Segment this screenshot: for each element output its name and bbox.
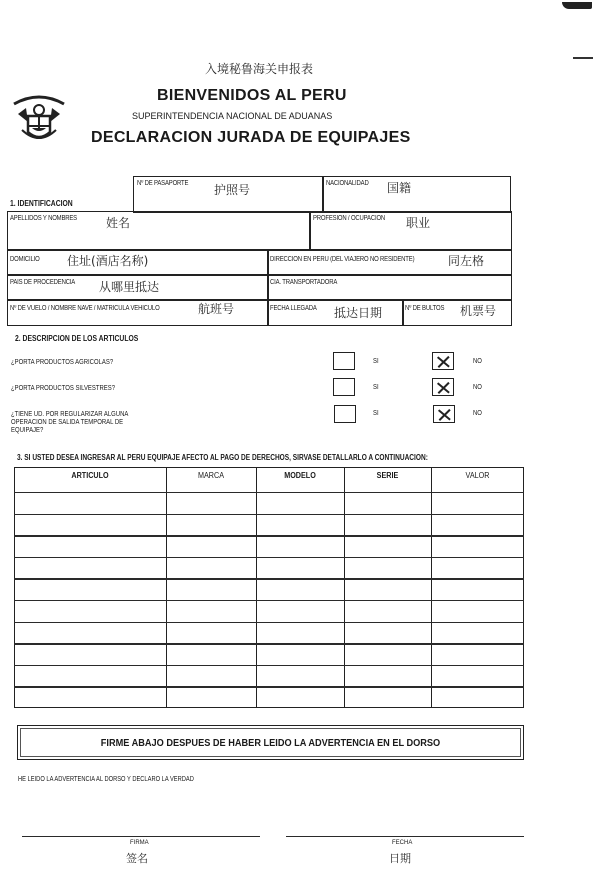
- table-cell[interactable]: [344, 622, 431, 644]
- table-cell[interactable]: [344, 578, 431, 600]
- form-title: DECLARACION JURADA DE EQUIPAJES: [91, 129, 411, 147]
- table-cell[interactable]: [431, 600, 524, 622]
- table-cell[interactable]: [166, 535, 256, 557]
- question-agricultural: ¿PORTA PRODUCTOS AGRICOLAS?: [11, 359, 113, 367]
- table-cell[interactable]: [256, 686, 344, 708]
- col-marca: MARCA: [171, 471, 252, 480]
- firma-hint: 签名: [126, 850, 148, 866]
- si-label: SI: [373, 410, 379, 417]
- question-line: EQUIPAJE?: [11, 427, 128, 435]
- no-label: NO: [473, 384, 482, 391]
- name-label: APELLIDOS Y NOMBRES: [10, 215, 77, 222]
- table-cell[interactable]: [166, 686, 256, 708]
- table-cell[interactable]: [166, 514, 256, 536]
- table-cell[interactable]: [14, 492, 166, 514]
- table-cell[interactable]: [166, 600, 256, 622]
- name-value: 姓名: [106, 214, 130, 231]
- packages-value: 机票号: [460, 302, 496, 319]
- table-cell[interactable]: [166, 578, 256, 600]
- table-cell[interactable]: [256, 578, 344, 600]
- table-cell[interactable]: [256, 600, 344, 622]
- peru-address-field[interactable]: DIRECCION EN PERU (DEL VIAJERO NO RESIDE…: [267, 249, 512, 276]
- table-cell[interactable]: [14, 578, 166, 600]
- question-wildlife: ¿PORTA PRODUCTOS SILVESTRES?: [11, 385, 115, 393]
- warning-banner: FIRME ABAJO DESPUES DE HABER LEIDO LA AD…: [17, 725, 524, 760]
- table-cell[interactable]: [14, 622, 166, 644]
- nationality-value: 国籍: [387, 179, 411, 196]
- table-cell[interactable]: [431, 492, 524, 514]
- table-cell[interactable]: [431, 622, 524, 644]
- address-label: DOMICILIO: [10, 256, 40, 263]
- address-field[interactable]: DOMICILIO 住址(酒店名称): [7, 249, 269, 276]
- agricultural-no-checkbox[interactable]: [432, 352, 454, 370]
- table-cell[interactable]: [256, 622, 344, 644]
- col-valor: VALOR: [436, 471, 520, 480]
- temporary-exit-no-checkbox[interactable]: [433, 405, 455, 423]
- question-temporary-exit: ¿TIENE UD. POR REGULARIZAR ALGUNA OPERAC…: [11, 411, 128, 435]
- table-cell[interactable]: [166, 492, 256, 514]
- table-cell[interactable]: [14, 665, 166, 687]
- fecha-label: FECHA: [392, 840, 412, 846]
- table-cell[interactable]: [256, 535, 344, 557]
- table-cell[interactable]: [344, 557, 431, 579]
- table-cell[interactable]: [166, 622, 256, 644]
- warning-text: FIRME ABAJO DESPUES DE HABER LEIDO LA AD…: [38, 738, 503, 749]
- nationality-field[interactable]: NACIONALIDAD 国籍: [322, 176, 511, 213]
- table-cell[interactable]: [14, 686, 166, 708]
- table-cell[interactable]: [431, 557, 524, 579]
- table-cell[interactable]: [14, 600, 166, 622]
- flight-number-field[interactable]: Nº DE VUELO / NOMBRE NAVE / MATRICULA VE…: [7, 299, 269, 326]
- table-cell[interactable]: [431, 643, 524, 665]
- col-articulo: ARTICULO: [22, 471, 159, 480]
- origin-country-value: 从哪里抵达: [99, 278, 159, 295]
- passport-field[interactable]: Nº DE PASAPORTE 护照号: [133, 176, 324, 213]
- table-cell[interactable]: [14, 557, 166, 579]
- table-cell[interactable]: [344, 492, 431, 514]
- section-descripcion-title: 2. DESCRIPCION DE LOS ARTICULOS: [15, 334, 138, 343]
- arrival-date-value: 抵达日期: [334, 304, 382, 321]
- question-line: ¿TIENE UD. POR REGULARIZAR ALGUNA: [11, 411, 128, 419]
- table-cell[interactable]: [344, 643, 431, 665]
- table-cell[interactable]: [344, 514, 431, 536]
- profession-label: PROFESION / OCUPACION: [313, 215, 385, 222]
- date-line[interactable]: [286, 836, 524, 837]
- table-cell[interactable]: [344, 600, 431, 622]
- no-label: NO: [473, 358, 482, 365]
- welcome-heading: BIENVENIDOS AL PERU: [157, 87, 347, 105]
- no-label: NO: [473, 410, 482, 417]
- table-cell[interactable]: [344, 535, 431, 557]
- agency-name: SUPERINTENDENCIA NACIONAL DE ADUANAS: [132, 111, 332, 121]
- arrival-date-field[interactable]: FECHA LLEGADA 抵达日期: [267, 299, 404, 326]
- scan-artifact-mark: [562, 2, 592, 9]
- carrier-label: CIA. TRANSPORTADORA: [270, 279, 337, 286]
- packages-field[interactable]: Nº DE BULTOS 机票号: [402, 299, 512, 326]
- table-cell[interactable]: [256, 492, 344, 514]
- temporary-exit-si-checkbox[interactable]: [334, 405, 356, 423]
- col-serie: SERIE: [348, 471, 426, 480]
- nationality-label: NACIONALIDAD: [326, 180, 369, 187]
- table-cell[interactable]: [431, 514, 524, 536]
- table-cell[interactable]: [166, 665, 256, 687]
- passport-label: Nº DE PASAPORTE: [137, 180, 188, 187]
- signature-line[interactable]: [22, 836, 260, 837]
- passport-value: 护照号: [214, 181, 250, 198]
- section-equipaje-title: 3. SI USTED DESEA INGRESAR AL PERU EQUIP…: [17, 453, 428, 462]
- peru-emblem: [8, 88, 70, 148]
- peru-address-label: DIRECCION EN PERU (DEL VIAJERO NO RESIDE…: [270, 256, 414, 263]
- table-cell[interactable]: [256, 557, 344, 579]
- firma-label: FIRMA: [130, 840, 149, 846]
- carrier-field[interactable]: CIA. TRANSPORTADORA: [267, 274, 512, 301]
- table-cell[interactable]: [344, 665, 431, 687]
- wildlife-si-checkbox[interactable]: [333, 378, 355, 396]
- declaration-text: HE LEIDO LA ADVERTENCIA AL DORSO Y DECLA…: [18, 776, 194, 783]
- origin-country-label: PAIS DE PROCEDENCIA: [10, 279, 75, 286]
- section-identificacion-title: 1. IDENTIFICACION: [10, 199, 73, 208]
- table-cell[interactable]: [431, 665, 524, 687]
- origin-country-field[interactable]: PAIS DE PROCEDENCIA 从哪里抵达: [7, 274, 269, 301]
- table-cell[interactable]: [431, 535, 524, 557]
- profession-field[interactable]: PROFESION / OCUPACION 职业: [309, 211, 512, 251]
- packages-label: Nº DE BULTOS: [405, 305, 444, 312]
- wildlife-no-checkbox[interactable]: [432, 378, 454, 396]
- table-cell[interactable]: [14, 643, 166, 665]
- table-cell[interactable]: [344, 686, 431, 708]
- si-label: SI: [373, 384, 379, 391]
- table-cell[interactable]: [14, 535, 166, 557]
- agricultural-si-checkbox[interactable]: [333, 352, 355, 370]
- name-field[interactable]: APELLIDOS Y NOMBRES 姓名: [7, 211, 311, 251]
- flight-number-value: 航班号: [198, 300, 234, 317]
- flight-number-label: Nº DE VUELO / NOMBRE NAVE / MATRICULA VE…: [10, 305, 160, 312]
- table-cell[interactable]: [14, 514, 166, 536]
- address-value: 住址(酒店名称): [67, 252, 148, 269]
- fecha-hint: 日期: [389, 850, 411, 866]
- table-cell[interactable]: [166, 643, 256, 665]
- table-cell[interactable]: [256, 665, 344, 687]
- table-cell[interactable]: [431, 686, 524, 708]
- peru-address-value: 同左格: [448, 252, 484, 269]
- chinese-title: 入境秘鲁海关申报表: [205, 60, 313, 77]
- table-cell[interactable]: [256, 643, 344, 665]
- question-line: OPERACION DE SALIDA TEMPORAL DE: [11, 419, 128, 427]
- col-modelo: MODELO: [260, 471, 339, 480]
- scan-artifact-dash: [573, 57, 593, 59]
- coat-of-arms-icon: [8, 88, 70, 148]
- si-label: SI: [373, 358, 379, 365]
- table-cell[interactable]: [256, 514, 344, 536]
- arrival-date-label: FECHA LLEGADA: [270, 305, 317, 312]
- profession-value: 职业: [406, 214, 430, 231]
- table-cell[interactable]: [431, 578, 524, 600]
- table-cell[interactable]: [166, 557, 256, 579]
